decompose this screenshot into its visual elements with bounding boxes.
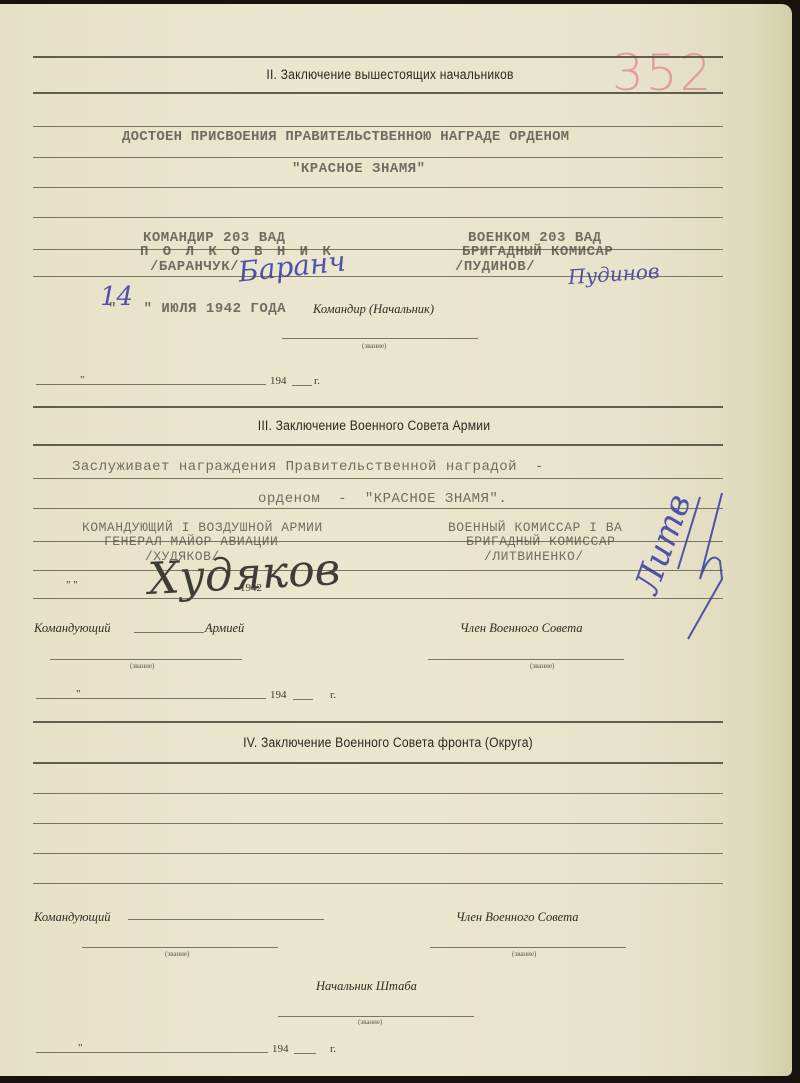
s4-chief-label: Начальник Штаба (316, 979, 417, 994)
rank-line (430, 947, 626, 948)
date-line (36, 1052, 268, 1053)
s2-date-typed: " " ИЮЛЯ 1942 ГОДА (108, 301, 286, 317)
s3-rank-label-right: (звание) (530, 662, 554, 670)
s3-right-sig-line3: /ЛИТВИНЕНКО/ (484, 549, 584, 564)
rule (33, 217, 723, 218)
army-line (134, 632, 204, 633)
s3-council-label: Член Военного Совета (460, 621, 583, 636)
s2-commander-label: Командир (Начальник) (313, 302, 434, 317)
section2-heading: II. Заключение вышестоящих начальников (48, 67, 732, 82)
s4-rank-label-left: (звание) (165, 950, 189, 958)
quote-mark: " (78, 1042, 83, 1054)
rule (33, 157, 723, 158)
date-line (36, 698, 266, 699)
rank-line (428, 659, 624, 660)
s3-right-sig-line1: ВОЕННЫЙ КОМИССАР I ВА (448, 520, 622, 535)
section2-typed-line2: "КРАСНОЕ ЗНАМЯ" (292, 161, 426, 177)
s3-rank-label-left: (звание) (130, 662, 154, 670)
s3-army-label: Армией (205, 621, 244, 636)
rule (33, 478, 723, 479)
section3-typed-line2: орденом - "КРАСНОЕ ЗНАМЯ". (258, 491, 507, 507)
rule (33, 508, 723, 509)
date-line (294, 1053, 316, 1054)
rank-line (50, 659, 242, 660)
s4-council-label: Член Военного Совета (456, 910, 579, 925)
rule (33, 249, 723, 250)
quote-mark: " (76, 688, 81, 700)
commander-line (128, 919, 324, 920)
rule (33, 883, 723, 884)
rule (33, 762, 723, 764)
section4-heading: IV. Заключение Военного Совета фронта (О… (46, 735, 730, 750)
s2-left-sig-line3: /БАРАНЧУК/ (150, 259, 239, 275)
rule (33, 598, 723, 599)
rule (33, 541, 723, 542)
rank-line (82, 947, 278, 948)
s3-right-signature-stroke (660, 489, 740, 649)
s3-left-sig-line1: КОМАНДУЮЩИЙ I ВОЗДУШНОЙ АРМИИ (82, 520, 323, 535)
s4-rank-label-right: (звание) (512, 950, 536, 958)
s3-commander-label: Командующий (34, 621, 110, 636)
date-line (36, 384, 266, 385)
s2-right-signature: Пудинов (567, 259, 660, 289)
s4-commander-label: Командующий (34, 910, 110, 925)
quote-mark: " (80, 374, 85, 386)
s3-date-suffix: г. (330, 689, 336, 701)
date-line (293, 699, 313, 700)
section3-heading: III. Заключение Военного Совета Армии (32, 418, 716, 433)
rule (33, 406, 723, 408)
s3-quote-marks: " " (66, 579, 78, 591)
s4-rank-label-chief: (звание) (358, 1018, 382, 1026)
s2-date-year: 194 (270, 375, 287, 387)
s3-left-signature: Худяков (147, 544, 342, 605)
rule (33, 570, 723, 571)
section2-typed-line1: ДОСТОЕН ПРИСВОЕНИЯ ПРАВИТЕЛЬСТВЕННОЮ НАГ… (122, 129, 569, 145)
date-line (292, 385, 312, 386)
rule (33, 187, 723, 188)
rule (33, 276, 723, 277)
rule (33, 853, 723, 854)
rank-line (278, 1016, 474, 1017)
rule (33, 793, 723, 794)
rule (33, 92, 723, 94)
s4-date-suffix: г. (330, 1043, 336, 1055)
rule (33, 126, 723, 127)
s2-rank-label: (звание) (362, 342, 386, 350)
award-document-page: 352 II. Заключение вышестоящих начальник… (0, 4, 792, 1076)
rule (33, 823, 723, 824)
s2-right-sig-line2: БРИГАДНЫЙ КОМИСАР (462, 244, 613, 260)
s4-date-year: 194 (272, 1043, 289, 1055)
rank-line (282, 338, 478, 339)
s3-date-year: 194 (270, 689, 287, 701)
rule (33, 444, 723, 446)
s2-date-suffix: г. (314, 375, 320, 387)
rule (33, 56, 723, 58)
s2-right-sig-line3: /ПУДИНОВ/ (455, 259, 535, 275)
section3-typed-line1: Заслуживает награждения Правительственно… (72, 459, 544, 475)
rule (33, 721, 723, 723)
s3-date-fragment: 1942 (240, 582, 262, 594)
